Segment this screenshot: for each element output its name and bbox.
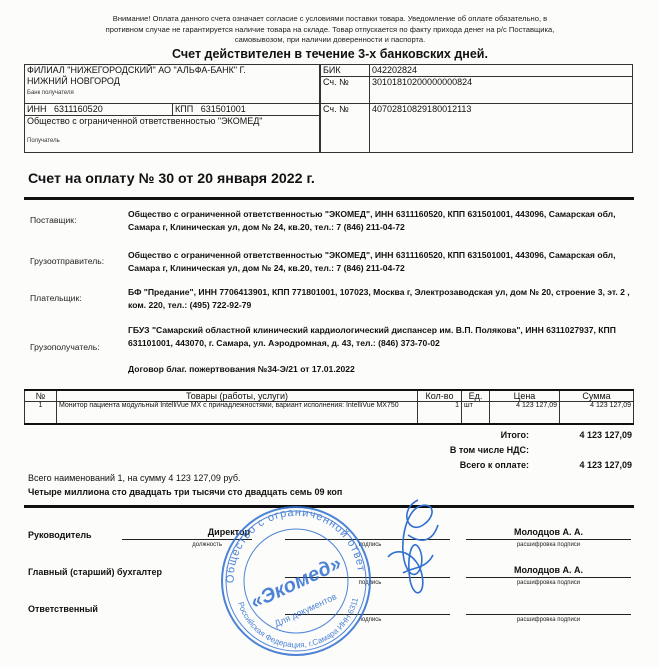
total-label: Итого:	[400, 428, 547, 443]
supplier-label: Поставщик:	[30, 215, 76, 225]
due-value: 4 123 127,09	[547, 458, 632, 473]
col-number: №	[25, 390, 57, 402]
invoice-title: Счет на оплату № 30 от 20 января 2022 г.	[28, 171, 315, 187]
contract-reference: Договор благ. пожертвования №34-Э/21 от …	[128, 363, 638, 376]
decode-caption-2: расшифровка подписи	[466, 580, 631, 586]
consignee-text: ГБУЗ "Самарский областной клинический ка…	[128, 324, 638, 350]
stamp-center-text: «Экомед»	[247, 552, 345, 613]
stamp-outer-text: Общество с ограниченной ответственностью	[218, 503, 367, 583]
accountant-label: Главный (старший) бухгалтер	[28, 567, 162, 577]
col-price: Цена	[490, 390, 560, 402]
row-sum: 4 123 127,09	[560, 402, 634, 424]
vat-value	[547, 443, 632, 458]
bik-label: БИК	[321, 65, 370, 77]
items-table: № Товары (работы, услуги) Кол-во Ед. Цен…	[24, 389, 634, 425]
summary-count: Всего наименований 1, на сумму 4 123 127…	[28, 473, 241, 483]
shipper-label: Грузоотправитель:	[30, 256, 104, 266]
recipient-caption: Получатель	[27, 138, 317, 144]
totals-block: Итого:4 123 127,09 В том числе НДС: Всег…	[400, 428, 632, 473]
bank-name: ФИЛИАЛ "НИЖЕГОРОДСКИЙ" АО "АЛЬФА-БАНК" Г…	[27, 65, 247, 87]
col-unit: Ед.	[462, 390, 490, 402]
due-label: Всего к оплате:	[400, 458, 547, 473]
kpp-value: 631501001	[201, 104, 246, 114]
validity-note: Счет действителен в течение 3-х банковск…	[60, 47, 600, 61]
row-goods: Монитор пациента модульный IntelliVue MX…	[57, 402, 418, 424]
decode-line-2	[466, 577, 631, 578]
payment-notice: Внимание! Оплата данного счета означает …	[100, 14, 560, 46]
inn-value: 6311160520	[54, 104, 103, 114]
head-name: Молодцов А. А.	[466, 527, 631, 537]
decode-line-1	[466, 539, 631, 540]
inn-label: ИНН	[27, 104, 46, 114]
supplier-text: Общество с ограниченной ответственностью…	[128, 208, 638, 234]
corr-account-label: Сч. №	[321, 77, 370, 104]
col-goods: Товары (работы, услуги)	[57, 390, 418, 402]
head-label: Руководитель	[28, 530, 92, 540]
title-divider	[24, 197, 634, 200]
col-sum: Сумма	[560, 390, 634, 402]
handwritten-signature-icon	[378, 495, 448, 610]
company-stamp-icon: Общество с ограниченной ответственностью…	[218, 503, 374, 659]
recipient-name: Общество с ограниченной ответственностью…	[27, 116, 317, 126]
bank-details-right: БИК 042202824 Сч. № 30101810200000000824…	[320, 64, 633, 153]
bank-name-caption: Банк получателя	[27, 90, 317, 96]
decode-line-3	[466, 614, 631, 615]
decode-caption-3: расшифровка подписи	[466, 617, 631, 623]
row-unit: шт	[462, 402, 490, 424]
vat-label: В том числе НДС:	[400, 443, 547, 458]
summary-words: Четыре миллиона сто двадцать три тысячи …	[28, 487, 342, 497]
svg-text:Общество с ограниченной ответс: Общество с ограниченной ответственностью	[218, 503, 367, 583]
account-label: Сч. №	[321, 104, 370, 153]
corr-account-value: 30101810200000000824	[370, 77, 633, 104]
bank-details-left: ФИЛИАЛ "НИЖЕГОРОДСКИЙ" АО "АЛЬФА-БАНК" Г…	[24, 64, 320, 153]
table-row: 1 Монитор пациента модульный IntelliVue …	[25, 402, 634, 424]
consignee-label: Грузополучатель:	[30, 342, 100, 352]
payer-text: БФ "Предание", ИНН 7706413901, КПП 77180…	[128, 286, 638, 312]
bik-value: 042202824	[370, 65, 633, 77]
kpp-label: КПП	[175, 104, 193, 114]
decode-caption-1: расшифровка подписи	[466, 542, 631, 548]
payer-label: Плательщик:	[30, 293, 82, 303]
row-price: 4 123 127,09	[490, 402, 560, 424]
account-value: 40702810829180012113	[370, 104, 633, 153]
row-number: 1	[25, 402, 57, 424]
shipper-text: Общество с ограниченной ответственностью…	[128, 249, 638, 275]
col-qty: Кол-во	[418, 390, 462, 402]
row-qty: 1	[418, 402, 462, 424]
total-value: 4 123 127,09	[547, 428, 632, 443]
responsible-label: Ответственный	[28, 604, 98, 614]
accountant-name: Молодцов А. А.	[466, 565, 631, 575]
